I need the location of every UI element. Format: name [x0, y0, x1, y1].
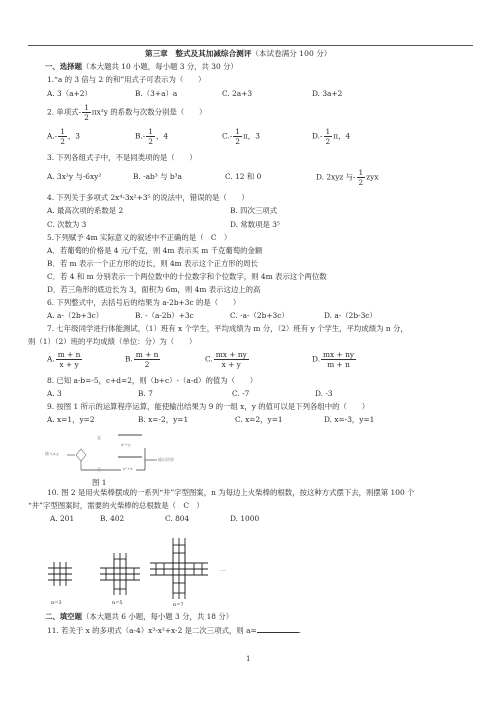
q9-option-a: A. x=1，y=2 — [47, 415, 95, 425]
label: C. — [205, 355, 213, 364]
pattern-label-n7: n=7 — [173, 602, 184, 608]
q2-stem: 2. 单项式-12πx²y 的系数与次数分别是（ ） — [47, 103, 206, 122]
page-title: 第三章 整式及其加减综合测评（本试卷满分 100 分） — [145, 49, 331, 59]
denominator: x + y — [56, 360, 83, 369]
q9-option-c: C. x=2，y=1 — [235, 415, 283, 425]
q10-option-c: C. 804 — [165, 514, 189, 524]
numerator: 1 — [146, 127, 155, 137]
q8-stem: 8. 已知 a-b=-5，c+d=2，则（b+c）-（a-d）的值为（ ） — [47, 376, 257, 386]
fraction: m + n2 — [134, 350, 161, 369]
denominator: 2 — [357, 178, 366, 187]
q4-option-a: A. 最高次项的系数是 2 — [47, 206, 123, 216]
q8-option-b: B. 7 — [138, 389, 153, 399]
label: D. 2xyz 与- — [316, 173, 356, 182]
answer-blank[interactable] — [257, 625, 299, 633]
numerator: mx + ny — [321, 350, 356, 360]
numerator: m + n — [56, 350, 83, 360]
q5-option-c: C．若 4 和 m 分别表示一个两位数中的十位数字和个位数字，则 4m 表示这个… — [47, 272, 327, 282]
q8-option-d: D. -3 — [315, 389, 333, 399]
q4-stem: 4. 下列关于多项式 2x⁴-3x²+3⁵ 的说法中，错误的是（ ） — [47, 193, 249, 203]
q6-option-d: D. a-（2b-3c） — [324, 311, 377, 321]
q1-option-b: B.（3+a）a — [135, 89, 177, 99]
q3-option-a: A. 3x²y 与-6xy² — [47, 172, 101, 182]
figure-2-matchstick-patterns: n=3 n=5 n=7 … — [40, 533, 240, 613]
denominator: 2 — [324, 137, 333, 146]
q8-option-c: C. -7 — [232, 389, 249, 399]
label: C.- — [222, 132, 232, 141]
denominator: 2 — [146, 137, 155, 146]
fraction: 12 — [82, 103, 91, 122]
flowchart-branch-yes: 是 — [97, 435, 101, 441]
fraction: 12 — [324, 127, 333, 146]
q3-option-d: D. 2xyz 与-12zyx — [316, 168, 379, 187]
flowchart-branch-no: 否 — [97, 467, 101, 473]
denominator: 2 — [58, 137, 67, 146]
fraction: 12 — [233, 127, 242, 146]
q2-option-a: A.-12，3 — [47, 127, 80, 146]
q6-option-c: C. -a-（2b+3c） — [230, 311, 289, 321]
q1-option-a: A. 3（a+2） — [47, 89, 92, 99]
label: D.- — [312, 132, 323, 141]
matchstick-graphic — [40, 533, 240, 613]
fraction: mx + nyx + y — [214, 350, 249, 369]
q11-stem: 11. 若关于 x 的多项式（a-4）x³-x²+x-2 是二次三项式，则 a=… — [47, 625, 301, 636]
q10-stem-line2: “井”字型图案时，需要的火柴棒的总根数是（ C ） — [28, 501, 204, 511]
q2-stem-pre: 2. 单项式- — [47, 108, 81, 117]
q10-option-d: D. 1000 — [230, 514, 259, 524]
q7-option-b: B.m + n2 — [125, 350, 161, 369]
q7-stem-line2: 则（1）（2）班的平均成绩（单位：分）为（ ） — [28, 337, 196, 347]
figure-1-flowchart: 输入x,y 是 否 x²+y y²+x 输出结果 — [45, 432, 175, 474]
q9-option-d: D. x=-3，y=1 — [324, 415, 374, 425]
q7-stem-line1: 7. 七年级同学进行体能测试，（1）班有 x 个学生，平均成绩为 m 分，（2）… — [47, 324, 408, 334]
q6-option-b: B. -（a-2b）+3c — [135, 311, 194, 321]
page-number: 1 — [246, 655, 250, 663]
numerator: 1 — [82, 103, 91, 113]
section-title: 二、填空题 — [45, 612, 82, 621]
q9-stem: 9. 按图 1 所示的运算程序运算，能使输出结果为 9 的一组 x，y 的值可以… — [47, 402, 369, 412]
q10-option-b: B. 402 — [100, 514, 124, 524]
title-main: 第三章 整式及其加减综合测评 — [145, 49, 251, 58]
q5-option-b: B．若 m 表示一个正方形的边长，则 4m 表示这个正方形的周长 — [47, 259, 258, 269]
section-note: （本大题共 6 小题，每小题 3 分，共 18 分） — [82, 612, 233, 621]
q3-option-c: C. 12 和 0 — [225, 172, 261, 182]
numerator: 1 — [58, 127, 67, 137]
q11-text: 11. 若关于 x 的多项式（a-4）x³-x²+x-2 是二次三项式，则 a= — [47, 626, 257, 635]
q1-stem: 1.“a 的 3 倍与 2 的和”用式子可表示为（ ） — [47, 75, 205, 85]
label: A.- — [47, 132, 57, 141]
flowchart-output-label: 输出结果 — [158, 457, 174, 463]
numerator: mx + ny — [214, 350, 249, 360]
label: A. — [47, 355, 55, 364]
denominator: m + n — [321, 360, 356, 369]
q2-stem-post: πx²y 的系数与次数分别是（ ） — [92, 108, 207, 117]
section-note: （本大题共 10 小题，每小题 3 分，共 30 分） — [82, 62, 238, 71]
fraction: 12 — [357, 168, 366, 187]
q11-end: . — [299, 626, 301, 635]
denominator: 2 — [82, 113, 91, 122]
q4-option-b: B. 四次三项式 — [230, 206, 277, 216]
section-heading-choice: 一、选择题（本大题共 10 小题，每小题 3 分，共 30 分） — [45, 62, 238, 72]
flowchart-graphic — [45, 432, 175, 474]
tail: π，4 — [333, 132, 350, 141]
q7-option-c: C.mx + nyx + y — [205, 350, 250, 369]
q1-option-d: D. 3a+2 — [312, 89, 342, 99]
numerator: 1 — [357, 168, 366, 178]
q2-option-d: D.-12π，4 — [312, 127, 350, 146]
q2-option-b: B.-12，4 — [135, 127, 168, 146]
q9-option-b: B. x=-2，y=1 — [138, 415, 188, 425]
pattern-ellipsis: … — [220, 566, 226, 573]
q6-stem: 6. 下列整式中，去括号后的结果为 a-2b+3c 的是（ ） — [47, 298, 240, 308]
q5-option-a: A．若葡萄的价格是 4 元/千克，则 4m 表示买 m 千克葡萄的金额 — [47, 246, 262, 256]
flowchart-input-label: 输入x,y — [45, 451, 59, 457]
title-note: （本试卷满分 100 分） — [251, 49, 331, 58]
pattern-label-n5: n=5 — [112, 600, 123, 606]
label: B. — [125, 355, 133, 364]
tail: zyx — [366, 173, 378, 182]
numerator: m + n — [134, 350, 161, 360]
q6-option-a: A. a-（2b+3c） — [47, 311, 103, 321]
q2-option-c: C.-12π，3 — [222, 127, 260, 146]
flowchart-box-top: x²+y — [121, 442, 130, 447]
q10-option-a: A. 201 — [50, 514, 74, 524]
section-heading-fill: 二、填空题（本大题共 6 小题，每小题 3 分，共 18 分） — [45, 612, 233, 622]
tail: π，3 — [243, 132, 260, 141]
numerator: 1 — [324, 127, 333, 137]
tail: ，3 — [68, 132, 80, 141]
pattern-label-n3: n=3 — [51, 600, 62, 606]
numerator: 1 — [233, 127, 242, 137]
denominator: x + y — [214, 360, 249, 369]
label: D. — [312, 355, 320, 364]
figure-1-caption: 图 1 — [92, 478, 106, 488]
q10-stem-line1: 10. 图 2 是用火柴棒摆成的一系列“井”字型图案，n 为每边上火柴棒的根数，… — [47, 488, 414, 498]
denominator: 2 — [134, 360, 161, 369]
fraction: mx + nym + n — [321, 350, 356, 369]
fraction: m + nx + y — [56, 350, 83, 369]
tail: ，4 — [156, 132, 168, 141]
q3-stem: 3. 下列各组式子中，不是同类项的是（ ） — [47, 153, 197, 163]
q4-option-c: C. 次数为 3 — [47, 220, 86, 230]
label: B.- — [135, 132, 145, 141]
q5-option-d: D．若三角形的底边长为 3，面积为 6m，则 4m 表示这边上的高 — [47, 285, 260, 295]
flowchart-box-bottom: y²+x — [123, 466, 132, 471]
q7-option-d: D.mx + nym + n — [312, 350, 357, 369]
fraction: 12 — [58, 127, 67, 146]
q4-option-d: D. 常数项是 3⁵ — [230, 220, 280, 230]
q7-option-a: A.m + nx + y — [47, 350, 83, 369]
q3-option-b: B. -ab³ 与 b³a — [133, 172, 182, 182]
fraction: 12 — [146, 127, 155, 146]
section-title: 一、选择题 — [45, 62, 82, 71]
denominator: 2 — [233, 137, 242, 146]
q5-stem: 5.下列赋予 4m 实际意义的叙述中不正确的是（ C ） — [47, 233, 231, 243]
q1-option-c: C. 2a+3 — [222, 89, 252, 99]
q8-option-a: A. 3 — [47, 389, 62, 399]
header-rule — [28, 45, 473, 46]
